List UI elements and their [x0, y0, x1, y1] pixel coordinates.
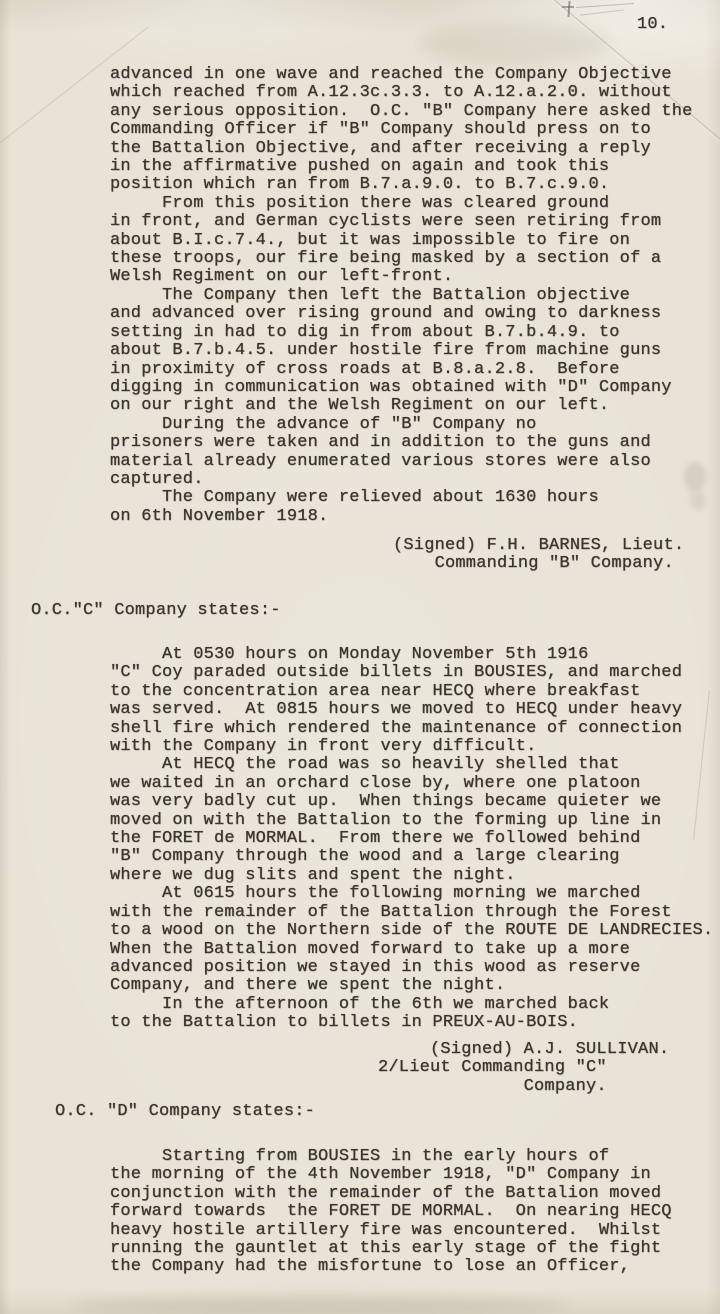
page-number: 10. — [637, 16, 668, 34]
b-company-signature-block: (Signed) F.H. BARNES, Lieut. Commanding … — [393, 537, 684, 574]
pencil-stroke — [580, 9, 624, 15]
ink-bleedthrough-smudge — [420, 22, 610, 64]
b-company-report-continuation: advanced in one wave and reached the Com… — [110, 66, 693, 526]
scanned-typewritten-page: 10. advanced in one wave and reached the… — [0, 0, 720, 1314]
d-company-report-body: Starting from BOUSIES in the early hours… — [110, 1148, 672, 1277]
c-company-report-body: At 0530 hours on Monday November 5th 191… — [110, 646, 713, 1033]
pencil-stroke — [576, 3, 634, 8]
c-company-section-heading: O.C."C" Company states:- — [31, 602, 281, 620]
c-company-signature-block: (Signed) A.J. SULLIVAN. 2/Lieut Commandi… — [378, 1041, 669, 1096]
pencil-mark-icon — [567, 1, 570, 17]
d-company-section-heading: O.C. "D" Company states:- — [55, 1103, 315, 1121]
paper-smudge-bottom — [70, 1296, 570, 1314]
